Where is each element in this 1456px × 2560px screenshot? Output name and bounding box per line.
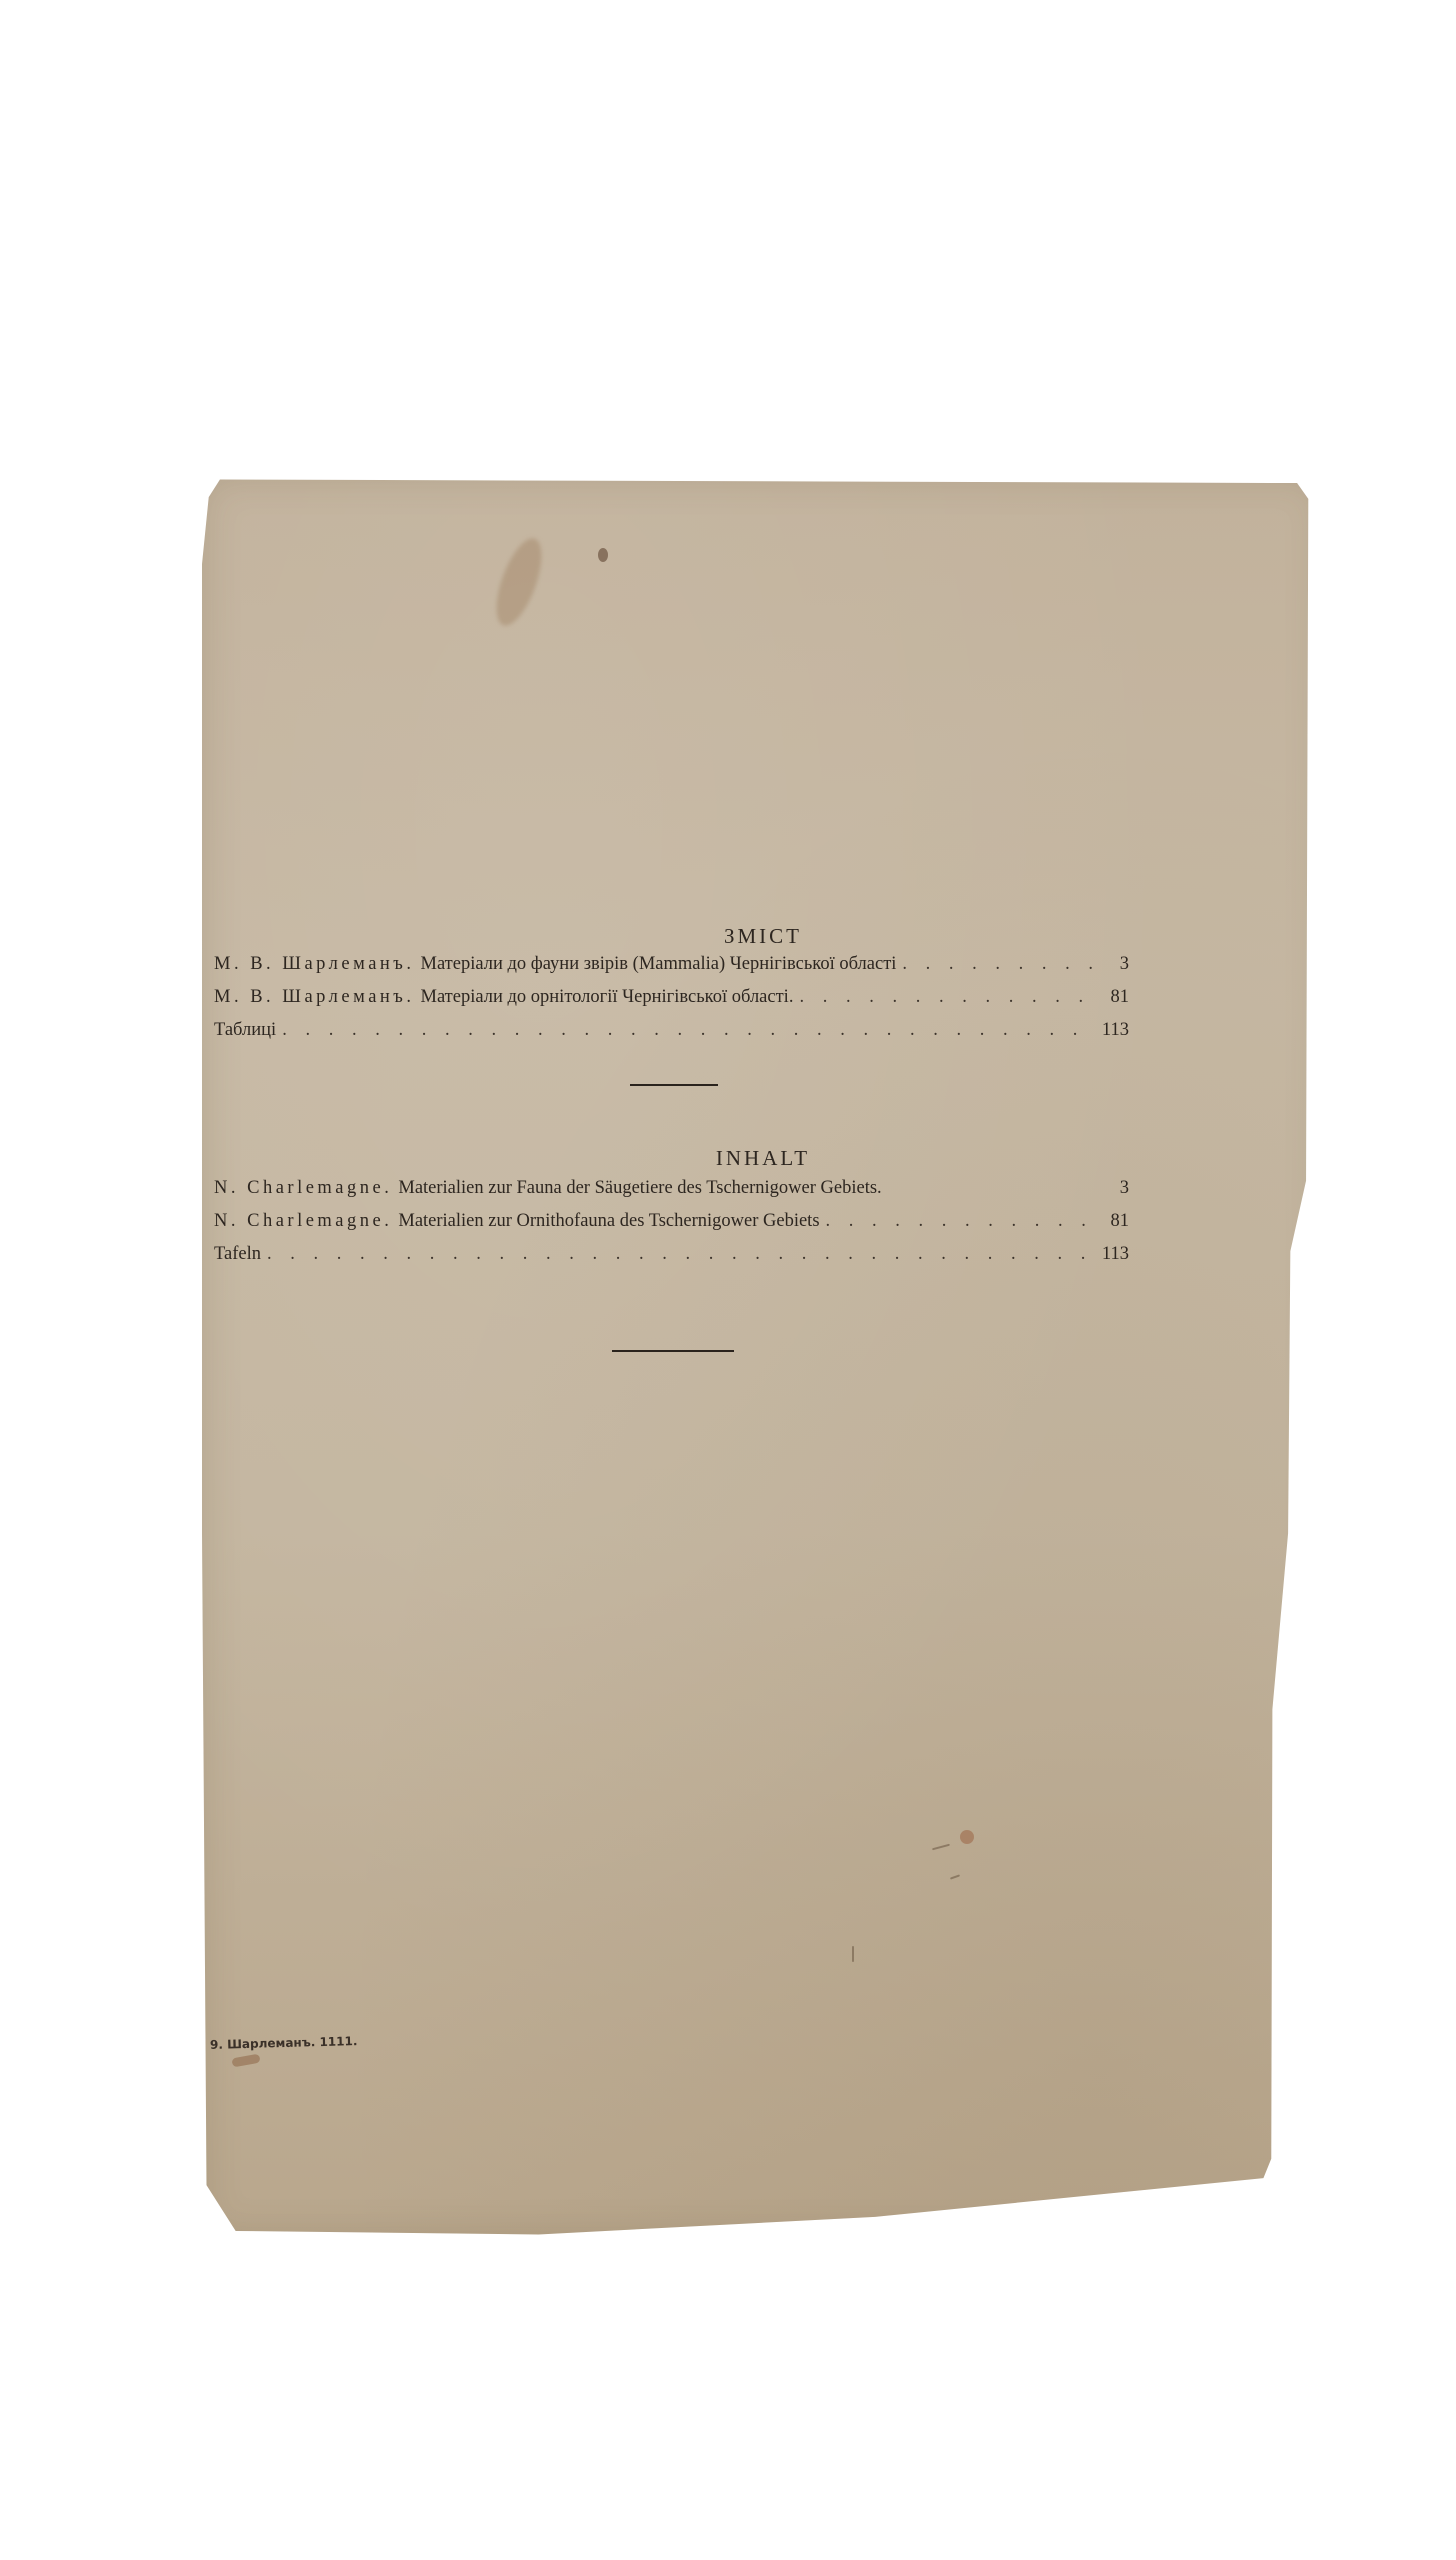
- toc-entry-author: М. В. Шарлеманъ.: [214, 954, 415, 975]
- toc-entry-page: 113: [1101, 1020, 1129, 1041]
- toc-list-ukrainian: М. В. Шарлеманъ. Матеріали до фауни звір…: [214, 954, 1129, 1053]
- toc-entry-title: Materialien zur Ornithofauna des Tschern…: [398, 1211, 819, 1232]
- toc-entry: Tafeln 113: [214, 1244, 1129, 1277]
- document-page: ЗМІСТ М. В. Шарлеманъ. Матеріали до фаун…: [202, 476, 1324, 2238]
- toc-entry-author: N. Charlemagne.: [214, 1178, 392, 1199]
- stain: [598, 548, 608, 562]
- toc-entry-title: Таблиці: [214, 1020, 276, 1041]
- toc-entry-author: М. В. Шарлеманъ.: [214, 987, 415, 1008]
- toc-entry-page: 113: [1101, 1244, 1129, 1265]
- paper-fiber: [852, 1946, 854, 1962]
- toc-entry: М. В. Шарлеманъ. Матеріали до орнітологі…: [214, 987, 1129, 1020]
- section-divider: [630, 1084, 718, 1086]
- printer-signature: 9. Шарлеманъ. 1111.: [210, 2034, 358, 2052]
- toc-entry-title: Materialien zur Fauna der Säugetiere des…: [398, 1178, 881, 1199]
- paper-fiber: [932, 1844, 950, 1851]
- stain: [487, 533, 550, 631]
- toc-entry-page: 3: [1101, 954, 1129, 975]
- dot-leader: [902, 954, 1095, 975]
- toc-entry: Таблиці 113: [214, 1020, 1129, 1053]
- toc-entry-title: Матеріали до фауни звірів (Mammalia) Чер…: [421, 954, 897, 975]
- toc-entry-page: 81: [1101, 987, 1129, 1008]
- toc-entry: N. Charlemagne. Materialien zur Ornithof…: [214, 1211, 1129, 1244]
- toc-heading-german: INHALT: [202, 1146, 1324, 1171]
- paper-fiber: [950, 1874, 960, 1879]
- dot-leader: [267, 1244, 1095, 1265]
- toc-entry-title: Матеріали до орнітології Чернігівської о…: [421, 987, 794, 1008]
- dot-leader: [282, 1020, 1095, 1041]
- stain: [231, 2054, 260, 2068]
- stain: [960, 1830, 974, 1844]
- toc-entry-author: N. Charlemagne.: [214, 1211, 392, 1232]
- toc-entry-page: 3: [1101, 1178, 1129, 1199]
- toc-entry-title: Tafeln: [214, 1244, 261, 1265]
- dot-leader: [799, 987, 1095, 1008]
- dot-leader: [826, 1211, 1095, 1232]
- toc-entry: М. В. Шарлеманъ. Матеріали до фауни звір…: [214, 954, 1129, 987]
- section-divider: [612, 1350, 734, 1352]
- toc-list-german: N. Charlemagne. Materialien zur Fauna de…: [214, 1178, 1129, 1277]
- toc-entry-page: 81: [1101, 1211, 1129, 1232]
- toc-heading-ukrainian: ЗМІСТ: [202, 924, 1324, 949]
- toc-entry: N. Charlemagne. Materialien zur Fauna de…: [214, 1178, 1129, 1211]
